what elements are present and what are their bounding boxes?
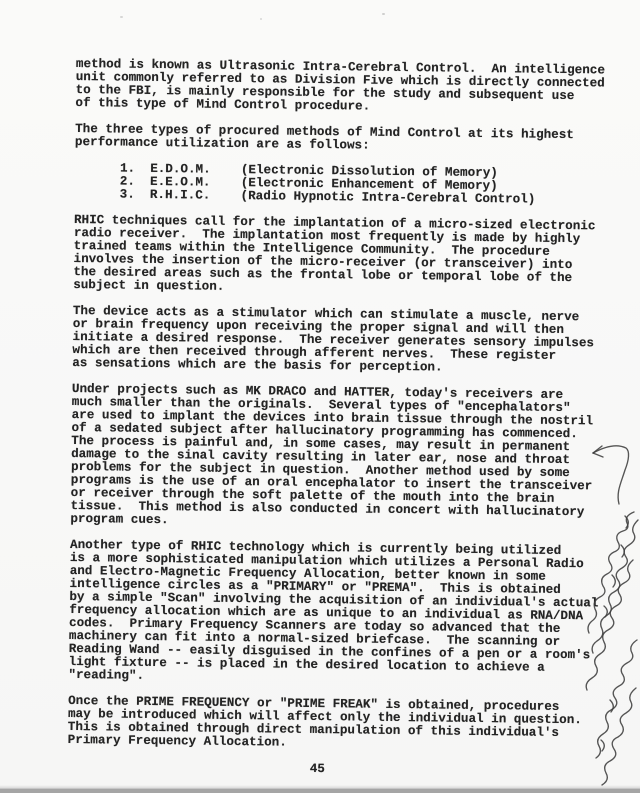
numbered-list: 1. E.D.O.M. (Electronic Dissolution of M… — [74, 162, 619, 208]
page-number: 45 — [67, 760, 567, 779]
paragraph-mk-draco: Under projects such as MK DRACO and HATT… — [70, 383, 617, 533]
paragraph-device-stimulator: The device acts as a stimulator which ca… — [72, 305, 618, 377]
scan-artifact-speck — [120, 16, 123, 18]
paragraph-prima-scan: Another type of RHIC technology which is… — [68, 539, 615, 689]
paragraph-rhic-techniques: RHIC techniques call for the implantatio… — [73, 214, 619, 299]
scanned-document-page: method is known as Ultrasonic Intra-Cere… — [0, 0, 640, 793]
arrow-annotation — [593, 446, 629, 504]
paragraph-intro: method is known as Ultrasonic Intra-Cere… — [75, 58, 621, 117]
scan-artifact-speck — [260, 18, 262, 20]
paragraph-prime-frequency: Once the PRIME FREQUENCY or "PRIME FREAK… — [68, 695, 614, 754]
scan-artifact-speck — [382, 13, 385, 15]
page-bottom-edge — [0, 785, 640, 793]
paragraph-three-types: The three types of procured methods of M… — [75, 123, 620, 156]
cursive-scrawl-annotation — [586, 512, 638, 785]
typed-text-block: method is known as Ultrasonic Intra-Cere… — [67, 58, 621, 780]
handwritten-margin-annotations — [570, 425, 640, 793]
